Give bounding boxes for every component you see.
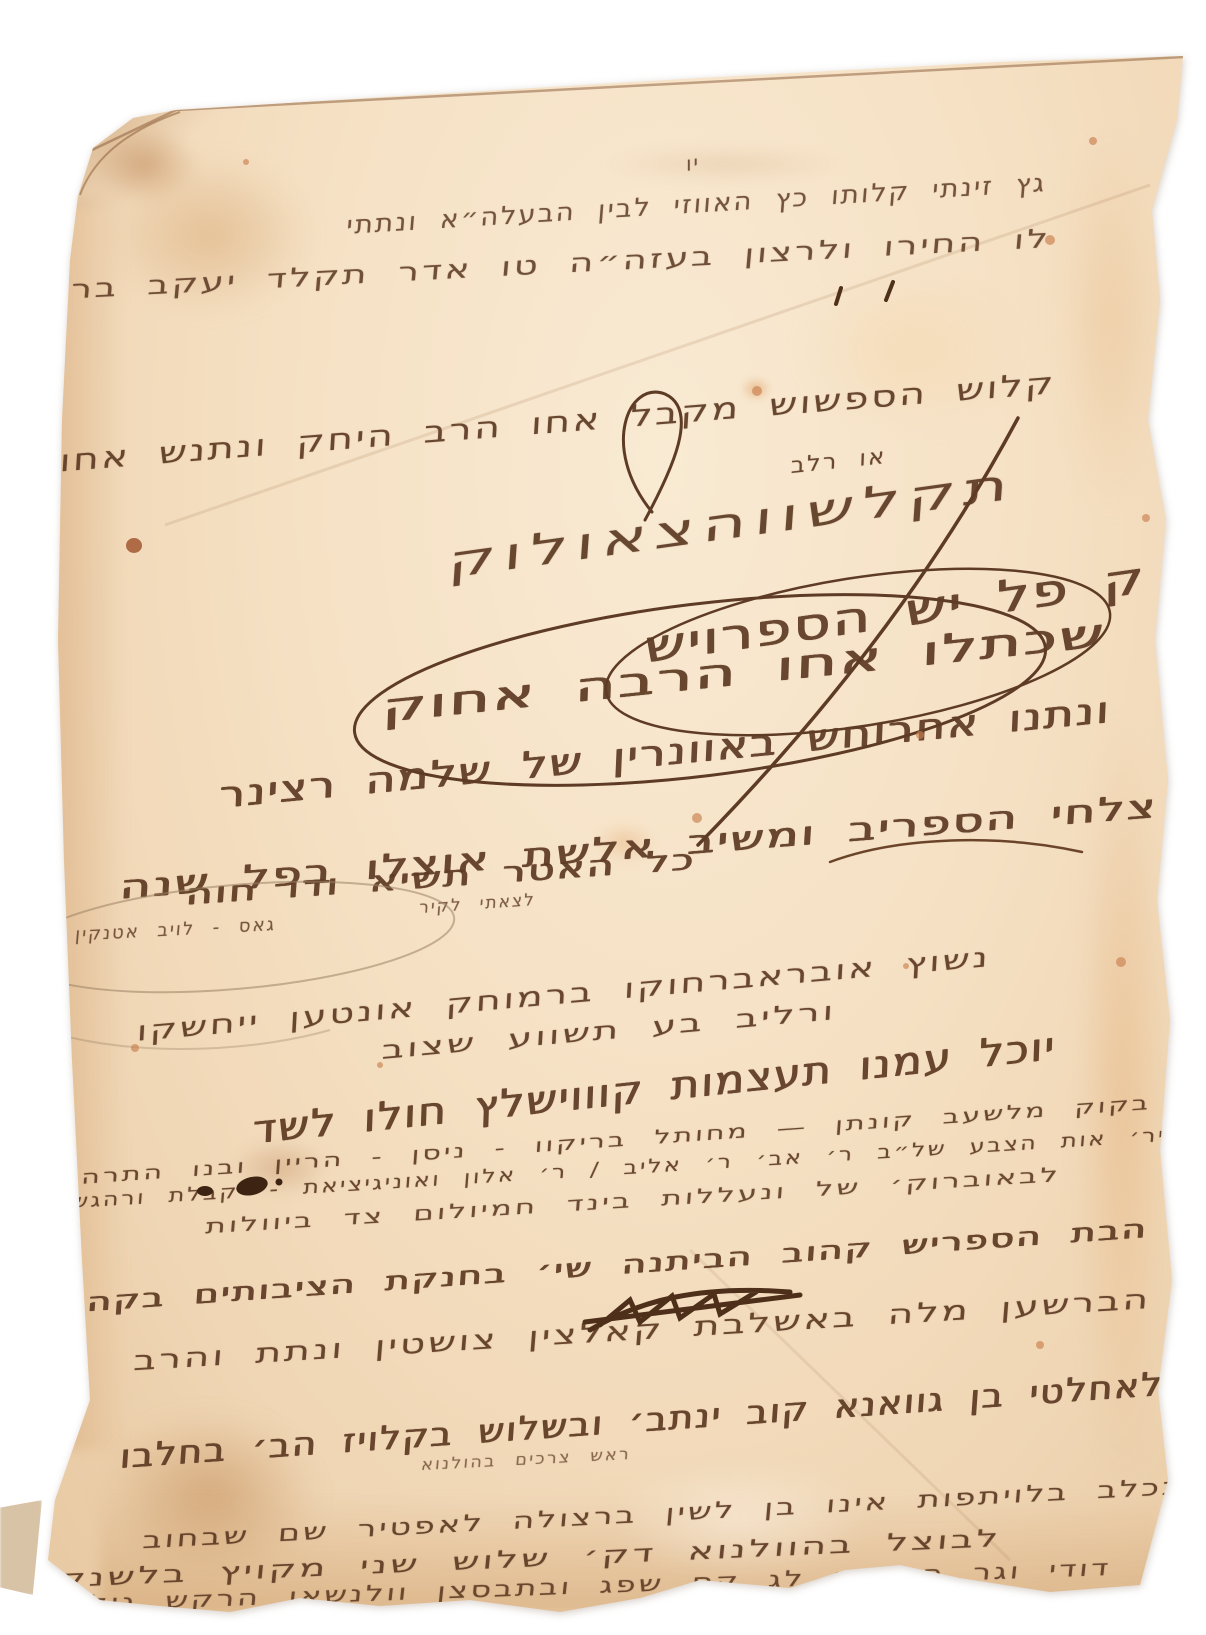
handwritten-line: קלוש הספשוש מקבל אחו הרב היחק ונתנש אחור…	[5, 366, 1057, 484]
stain	[760, 240, 1060, 460]
corner-fold-shadow	[72, 102, 222, 207]
paper-top-edge	[92, 57, 1183, 150]
dark-spot	[126, 538, 142, 553]
scanned-manuscript-page: יו גץ זינתי קלותו כץ האווזי לבין הבעלה״א…	[0, 0, 1206, 1635]
handwritten-line: לו החירו ולרצון בעזה״ה טו אדר תקלד יעקב …	[31, 224, 1053, 308]
signature-line: תקלשווהצאולוק	[447, 457, 1018, 589]
handwritten-line: ונתנו אחרוחש באוונרין של שלמה רצינר	[219, 688, 1112, 817]
handwritten-line: לאחלטי בן גוואנא קוב ינתב׳ ובשלוש בקלויז…	[119, 1364, 1165, 1476]
circled-annotation: גאס - לויב אטנקין	[74, 914, 277, 946]
handwritten-mark: יו	[686, 150, 700, 176]
paper-sheet: יו גץ זינתי קלותו כץ האווזי לבין הבעלה״א…	[0, 0, 1206, 1635]
paper-wrap: יו גץ זינתי קלותו כץ האווזי לבין הבעלה״א…	[0, 0, 1206, 1635]
pen-tick-marks	[836, 282, 893, 304]
edge-darkening-left	[50, 200, 125, 1450]
stain	[1040, 60, 1180, 580]
handwritten-line: או רלב	[790, 444, 886, 479]
